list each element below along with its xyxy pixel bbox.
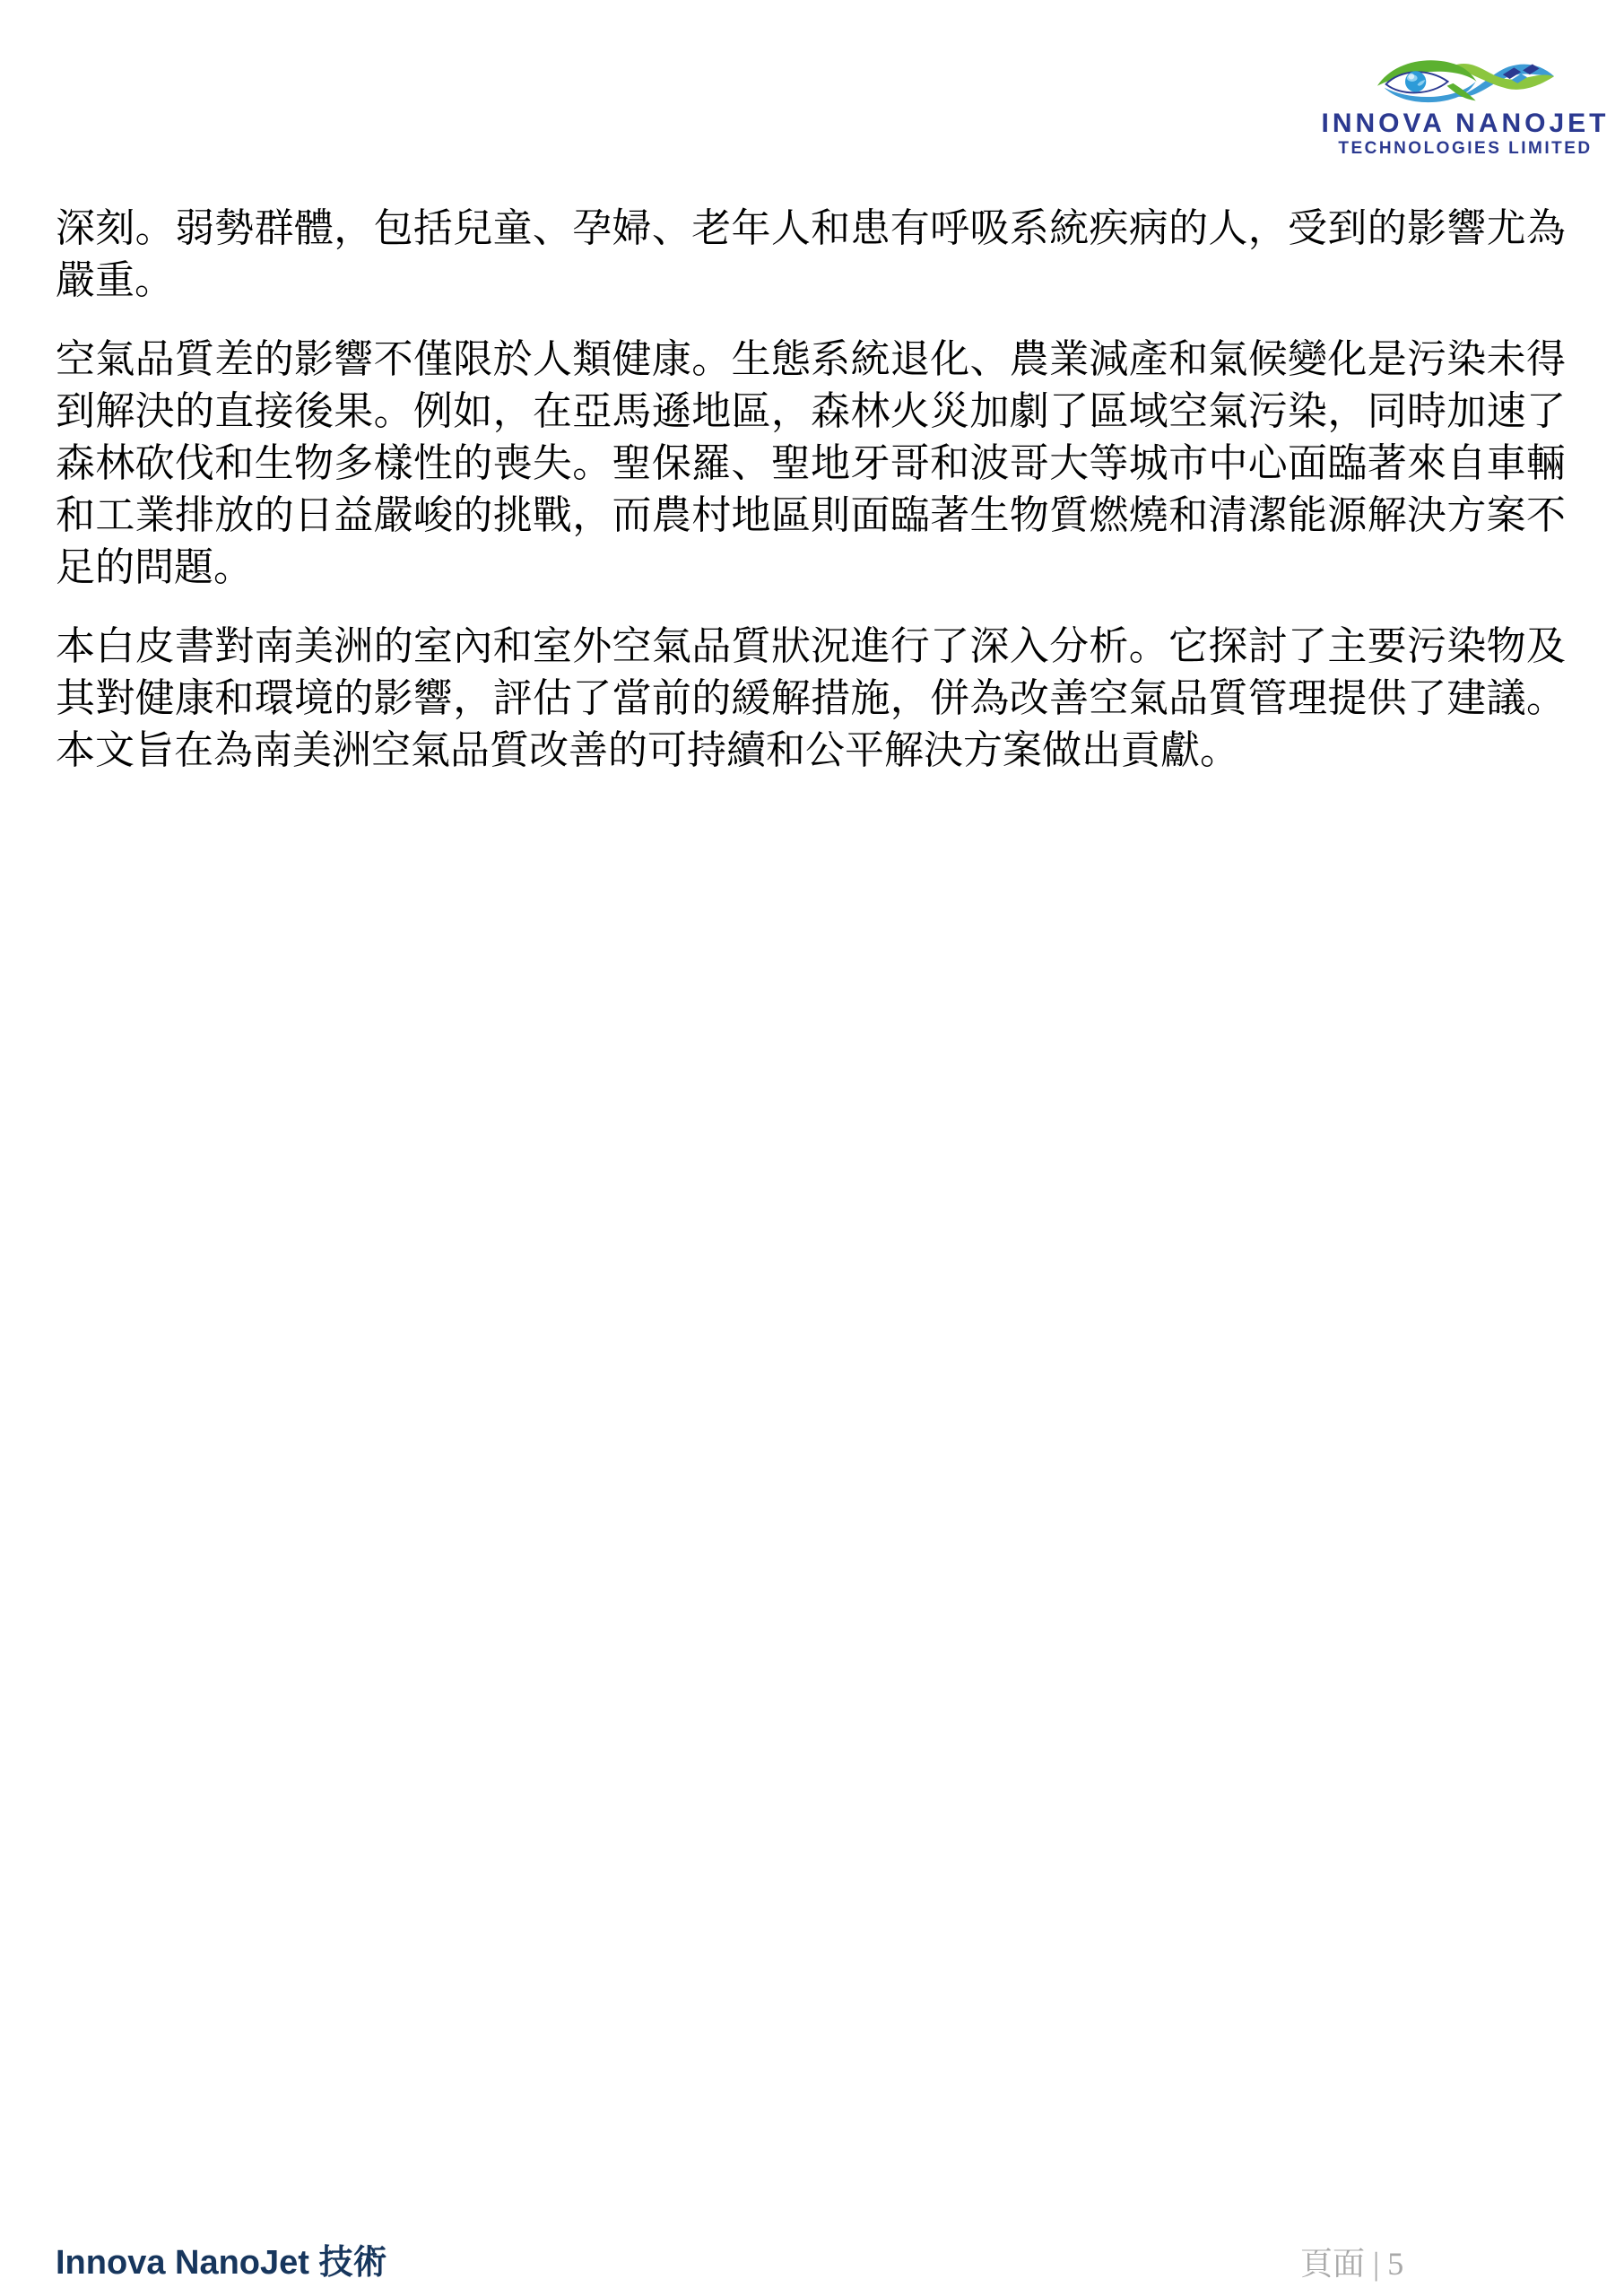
paragraph-1: 深刻。弱勢群體，包括兒童、孕婦、老年人和患有呼吸系統疾病的人，受到的影響尤為嚴重… xyxy=(56,203,1566,307)
document-body: 深刻。弱勢群體，包括兒童、孕婦、老年人和患有呼吸系統疾病的人，受到的影響尤為嚴重… xyxy=(56,203,1566,804)
company-logo: INNOVA NANOJET TECHNOLOGIES LIMITED xyxy=(1307,52,1623,158)
footer-page-number: 頁面 | 5 xyxy=(1300,2244,1403,2283)
paragraph-3: 本白皮書對南美洲的室內和室外空氣品質狀況進行了深入分析。它探討了主要污染物及其對… xyxy=(56,621,1566,777)
paragraph-2: 空氣品質差的影響不僅限於人類健康。生態系統退化、農業減產和氣候變化是污染未得到解… xyxy=(56,334,1566,594)
logo-company-subtitle: TECHNOLOGIES LIMITED xyxy=(1307,139,1623,158)
logo-company-name: INNOVA NANOJET xyxy=(1307,109,1623,138)
footer-company-name: Innova NanoJet 技術 xyxy=(56,2242,387,2283)
eye-wave-logo-icon xyxy=(1374,52,1557,108)
document-page: INNOVA NANOJET TECHNOLOGIES LIMITED 深刻。弱… xyxy=(0,0,1624,2296)
